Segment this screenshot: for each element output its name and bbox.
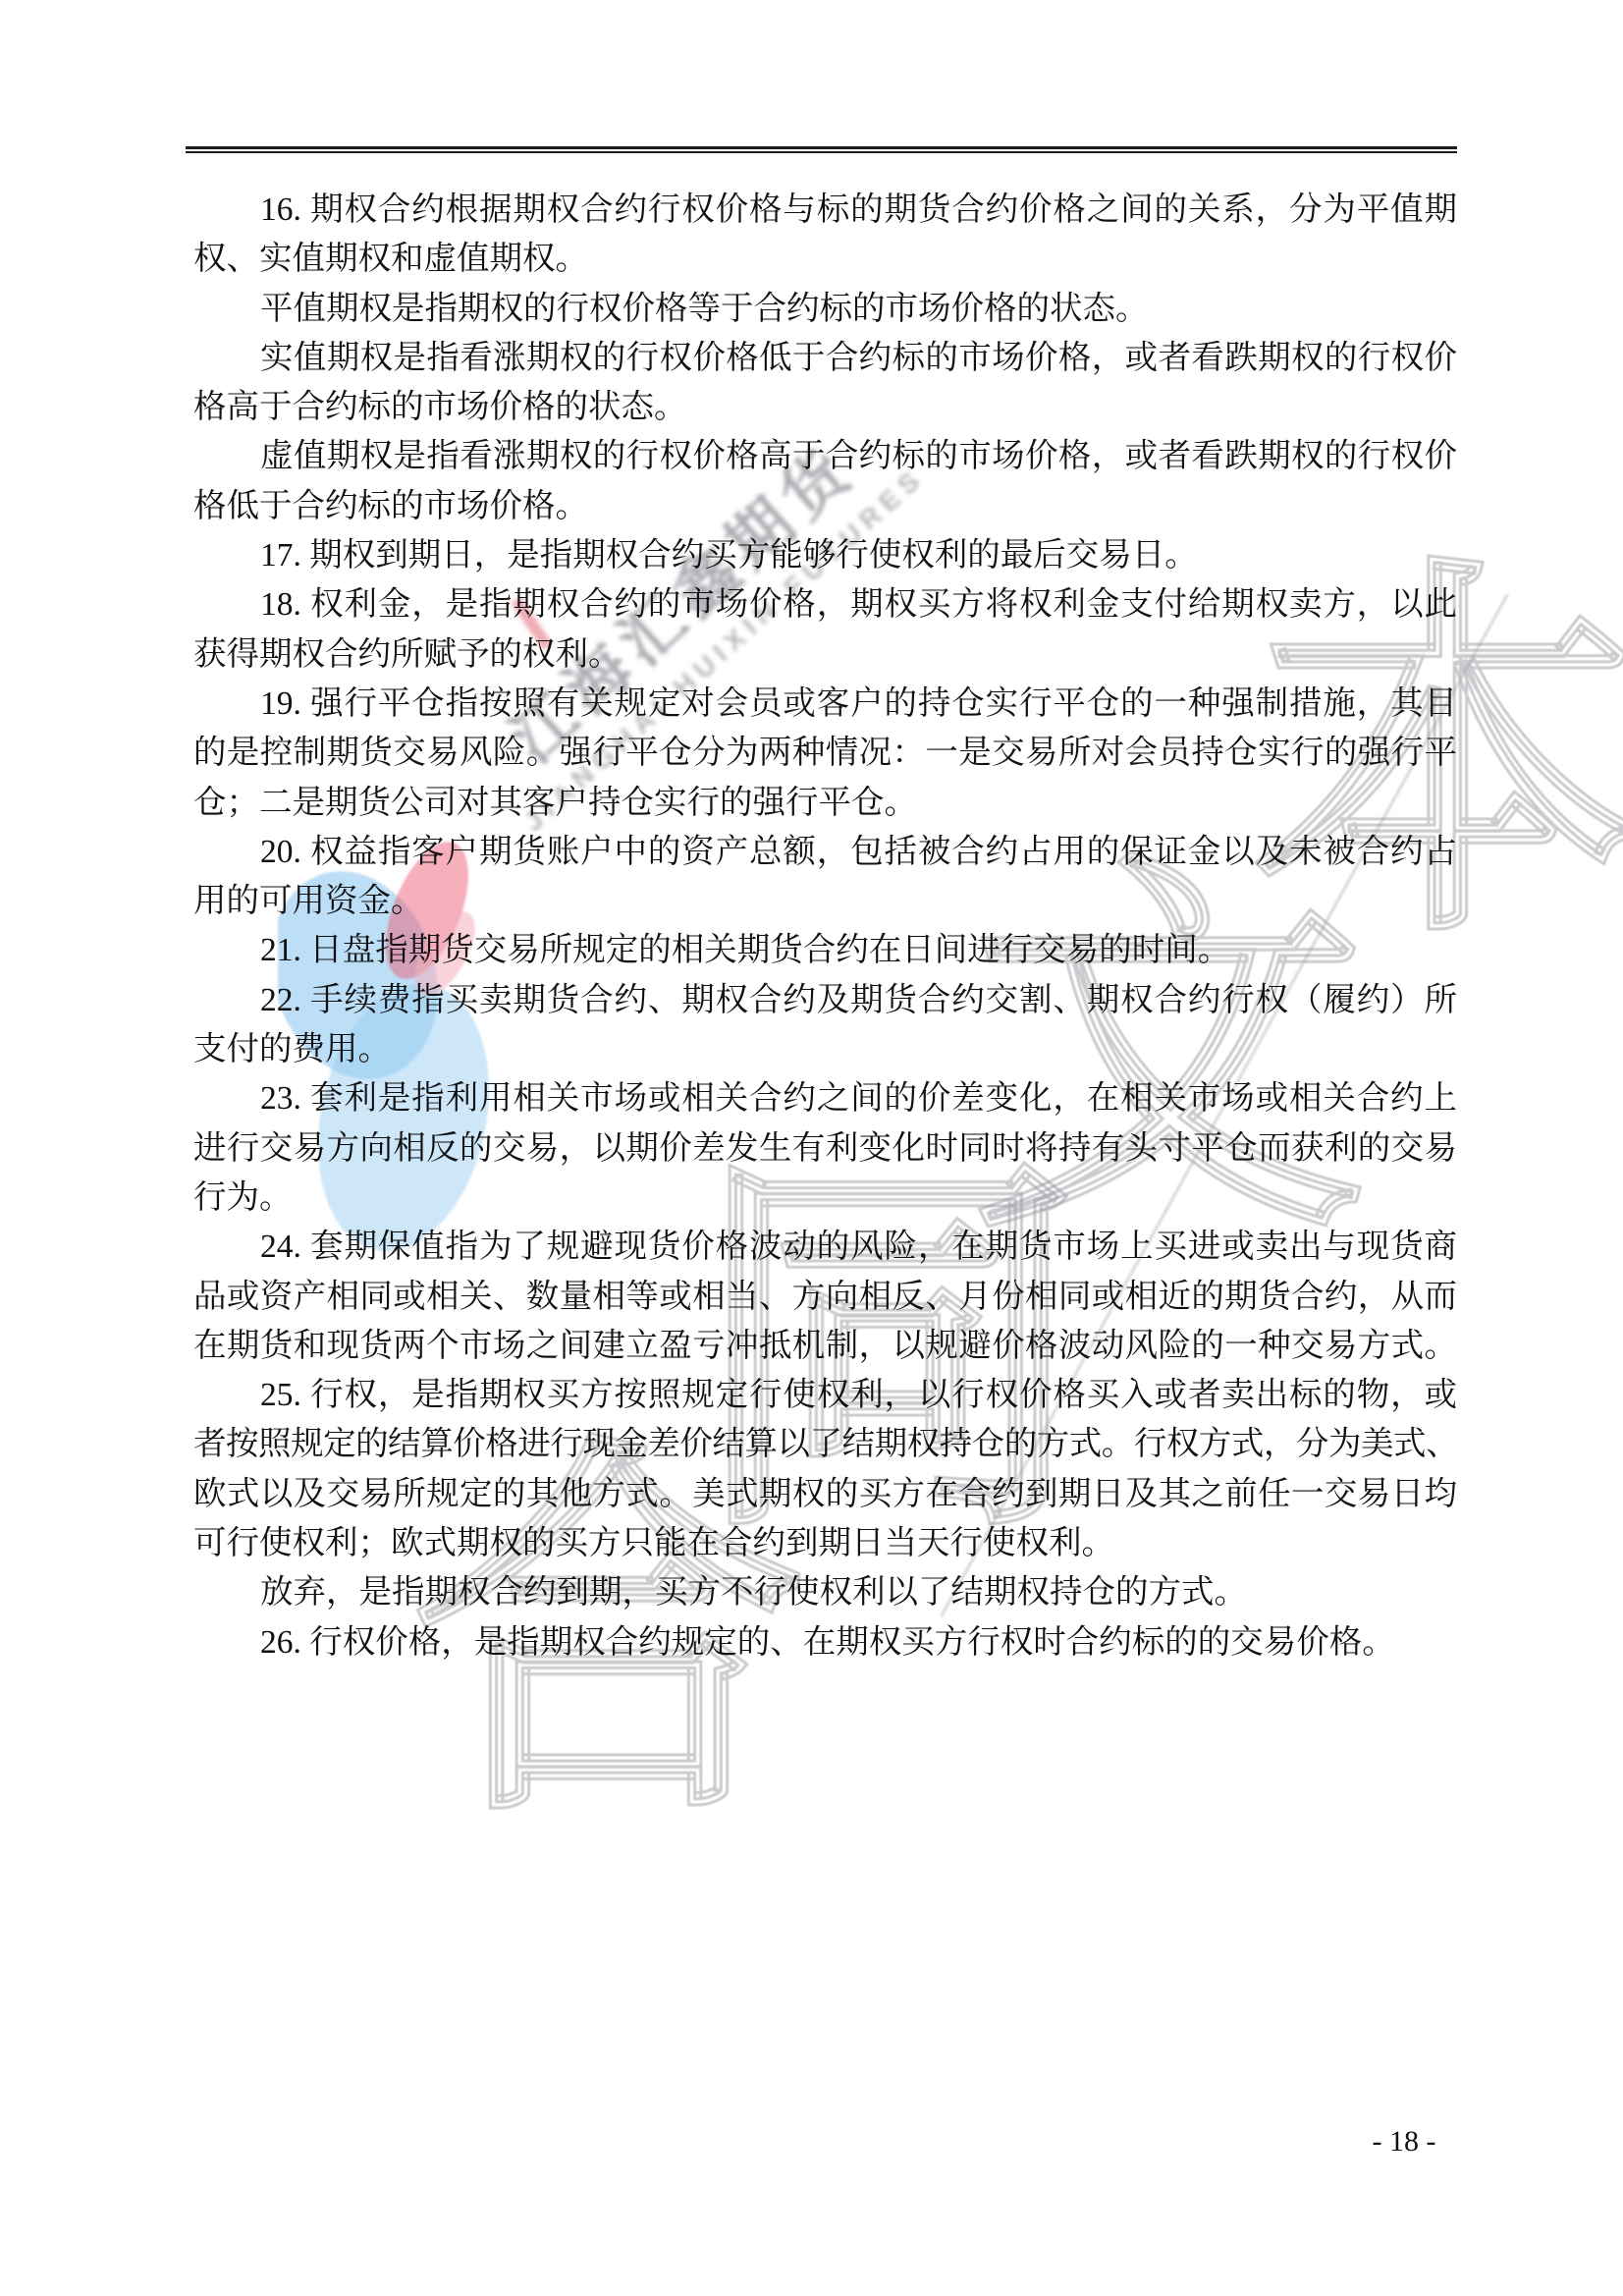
text-line: 22. 手续费指买卖期货合约、期权合约及期货合约交割、期权合约行权（履约）所 [193, 976, 1457, 1025]
text-line: 21. 日盘指期货交易所规定的相关期货合约在日间进行交易的时间。 [193, 926, 1457, 975]
text-line: 格低于合约标的市场价格。 [193, 482, 1457, 531]
text-line: 用的可用资金。 [193, 877, 1457, 926]
text-line: 权、实值期权和虚值期权。 [193, 235, 1457, 284]
text-line: 20. 权益指客户期货账户中的资产总额，包括被合约占用的保证金以及未被合约占 [193, 828, 1457, 877]
text-line: 者按照规定的结算价格进行现金差价结算以了结期权持仓的方式。行权方式，分为美式、 [193, 1420, 1457, 1469]
text-line: 在期货和现货两个市场之间建立盈亏冲抵机制，以规避价格波动风险的一种交易方式。 [193, 1322, 1457, 1371]
text-line: 25. 行权，是指期权买方按照规定行使权利，以行权价格买入或者卖出标的物，或 [193, 1371, 1457, 1420]
text-line: 进行交易方向相反的交易，以期价差发生有利变化时同时将持有头寸平仓而获利的交易 [193, 1124, 1457, 1174]
text-line: 16. 期权合约根据期权合约行权价格与标的期货合约价格之间的关系，分为平值期 [193, 186, 1457, 235]
text-line: 26. 行权价格，是指期权合约规定的、在期权买方行权时合约标的的交易价格。 [193, 1618, 1457, 1667]
text-line: 18. 权利金，是指期权合约的市场价格，期权买方将权利金支付给期权卖方，以此 [193, 580, 1457, 629]
text-line: 品或资产相同或相关、数量相等或相当、方向相反、月份相同或相近的期货合约，从而 [193, 1273, 1457, 1322]
text-line: 欧式以及交易所规定的其他方式。美式期权的买方在合约到期日及其之前任一交易日均 [193, 1470, 1457, 1519]
text-line: 支付的费用。 [193, 1025, 1457, 1074]
text-line: 放弃，是指期权合约到期，买方不行使权利以了结期权持仓的方式。 [193, 1568, 1457, 1617]
body-text: 16. 期权合约根据期权合约行权价格与标的期货合约价格之间的关系，分为平值期权、… [193, 186, 1457, 1667]
document-page: 合 同 文 本 江海汇鑫期货 JIANGHAI HUIXIN FUTURES 1… [0, 0, 1623, 2296]
text-line: 仓；二是期货公司对其客户持仓实行的强行平仓。 [193, 779, 1457, 828]
text-line: 虚值期权是指看涨期权的行权价格高于合约标的市场价格，或者看跌期权的行权价 [193, 432, 1457, 481]
text-line: 17. 期权到期日，是指期权合约买方能够行使权利的最后交易日。 [193, 531, 1457, 580]
text-line: 行为。 [193, 1174, 1457, 1223]
text-line: 实值期权是指看涨期权的行权价格低于合约标的市场价格，或者看跌期权的行权价 [193, 334, 1457, 383]
text-line: 23. 套利是指利用相关市场或相关合约之间的价差变化，在相关市场或相关合约上 [193, 1074, 1457, 1123]
text-line: 24. 套期保值指为了规避现货价格波动的风险，在期货市场上买进或卖出与现货商 [193, 1223, 1457, 1272]
text-line: 可行使权利；欧式期权的买方只能在合约到期日当天行使权利。 [193, 1519, 1457, 1568]
text-line: 的是控制期货交易风险。强行平仓分为两种情况：一是交易所对会员持仓实行的强行平 [193, 729, 1457, 778]
text-line: 19. 强行平仓指按照有关规定对会员或客户的持仓实行平仓的一种强制措施，其目 [193, 680, 1457, 729]
text-line: 格高于合约标的市场价格的状态。 [193, 383, 1457, 432]
text-line: 平值期权是指期权的行权价格等于合约标的市场价格的状态。 [193, 285, 1457, 334]
text-line: 获得期权合约所赋予的权利。 [193, 630, 1457, 680]
header-rule [186, 146, 1457, 153]
page-number: - 18 - [1335, 2125, 1473, 2159]
